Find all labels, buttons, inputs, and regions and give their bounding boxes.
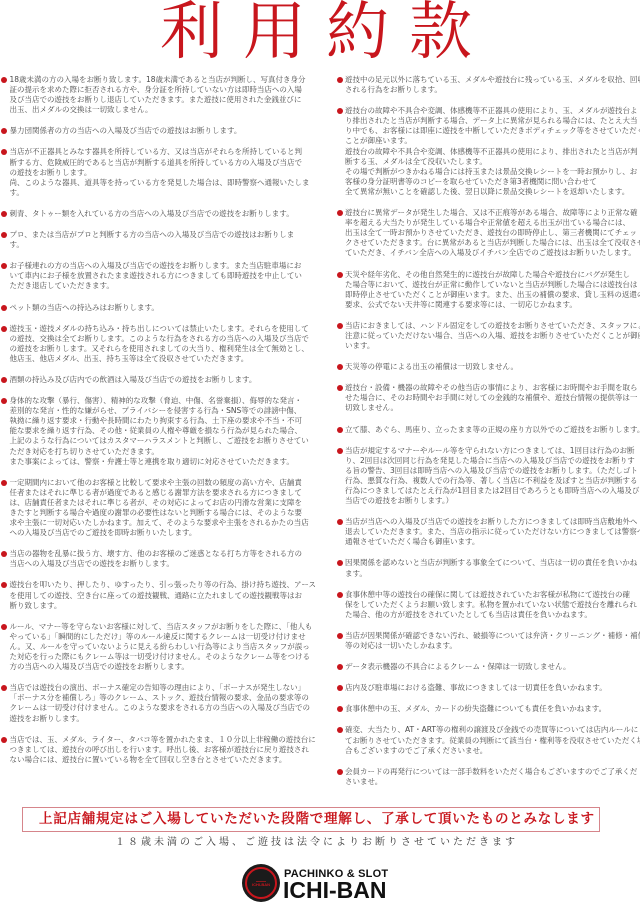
rule-text: 暴力団関係者の方の当店への入場及び当店での遊技はお断りします。 — [10, 126, 242, 135]
acceptance-notice-box: 上記店舗規定はご入場していただいた段階で理解し、了承して頂いたものとみなします — [22, 807, 600, 832]
rule-text: 天災や経年劣化、その他自然発生的に遊技台が故障した場合や遊技台にバグが発生し た… — [345, 270, 640, 309]
rule-text: ルール、マナー等を守らないお客様に対して、当店スタッフがお断りをした際に、「他人… — [10, 622, 313, 671]
bullet-icon — [337, 448, 343, 454]
bullet-icon — [337, 769, 343, 775]
rule-text: 遊技中の足元以外に落ちている玉、メダルや遊技台に残っている玉、メダルを収拾、回収… — [345, 75, 640, 94]
bullet-icon — [337, 427, 343, 433]
rule-item: 立て膝、あぐら、馬座り、立ったまま等の正規の座り方以外でのご遊技をお断りします。 — [336, 425, 640, 435]
rule-item: 身体的な攻撃（暴行、傷害）、精神的な攻撃（脅迫、中傷、名誉棄損）、侮辱的な発言・… — [0, 396, 318, 467]
rule-item: 刺青、タトゥー類を入れている方の当店への入場及び当店での遊技をお断りします。 — [0, 209, 318, 219]
bullet-icon — [1, 551, 7, 557]
rule-text: 遊技台に異常データが発生した場合、又は不正痕等がある場合、故障等により正常な確 … — [345, 208, 640, 257]
rule-item: 遊技台を叩いたり、押したり、ゆすったり、引っ張ったり等の行為、掛け持ち遊技、アー… — [0, 580, 318, 610]
rule-item: 店内及び駐車場における盗難、事故につきましては一切責任を負いかねます。 — [336, 683, 640, 693]
rule-item: 当店が規定するマナーやルール等を守られない方につきましては、1回目は行為のお断 … — [336, 446, 640, 507]
rule-item: ルール、マナー等を守らないお客様に対して、当店スタッフがお断りをした際に、「他人… — [0, 622, 318, 672]
rule-item: 遊技台に異常データが発生した場合、又は不正痕等がある場合、故障等により正常な確 … — [336, 208, 640, 258]
rule-text: プロ、または当店がプロと判断する方の当店への入場及び当店での遊技はお断りしま す… — [10, 230, 295, 249]
rule-text: 遊技台・設備・機器の故障やその他当店の事情により、お客様にお時間やお手間を取ら … — [345, 383, 638, 412]
rule-item: 酒類の持込み及び店内での飲酒は入場及び当店での遊技をお断りします。 — [0, 375, 318, 385]
bullet-icon — [1, 128, 7, 134]
bullet-icon — [1, 377, 7, 383]
bullet-icon — [337, 519, 343, 525]
rule-text: 食事休憩中等の遊技台の確保に関しては遊技されていたお客様が私物にて遊技台の確 保… — [345, 590, 637, 619]
logo-badge-text: ICHI-BAN — [247, 882, 275, 887]
rule-text: お子様連れの方の当店への入場及び当店での遊技をお断りします。また当店駐車場にお … — [10, 261, 302, 290]
rule-text: 因果関係を認めないと当店が判断する事象全てについて、当店は一切の責任を負いかね … — [345, 558, 637, 577]
rule-item: 遊技台・設備・機器の故障やその他当店の事情により、お客様にお時間やお手間を取ら … — [336, 383, 640, 413]
rule-item: 食事休憩中の玉、メダル、カードの紛失盗難についても責任を負いかねます。 — [336, 704, 640, 714]
bullet-icon — [337, 364, 343, 370]
bullet-icon — [1, 149, 7, 155]
bullet-icon — [1, 211, 7, 217]
rule-text: ペット類の当店への持込みはお断りします。 — [10, 303, 159, 312]
rule-item: 当店が当店への入場及び当店での遊技をお断りした方につきましては即時当店敷地外へ … — [336, 517, 640, 547]
rule-item: 当店の器物を乱暴に扱う方、壊す方、他のお客様のご迷惑となる打ち方等をされる方の … — [0, 549, 318, 569]
rule-text: 当店が当店への入場及び当店での遊技をお断りした方につきましては即時当店敷地外へ … — [345, 517, 640, 546]
bullet-icon — [1, 398, 7, 404]
rule-text: 遊技台の故障や不具合や変調、体感機等不正器具の使用により、玉、メダルが遊技台よ … — [345, 106, 640, 196]
bullet-icon — [1, 263, 7, 269]
bullet-icon — [1, 77, 7, 83]
rule-item: 遊技玉・遊技メダルの持ち込み・持ち出しについては禁止いたします。それらを使用して… — [0, 324, 318, 364]
rule-text: 食事休憩中の玉、メダル、カードの紛失盗難についても責任を負いかねます。 — [345, 704, 606, 713]
rule-item: 当店では遊技台の演出、ボーナス確定の告知等の理由により、「ボーナスが発生しない」… — [0, 683, 318, 723]
rule-text: 確変、大当たり、AT・ART等の権利の譲渡及び金銭での売買等については店内ルール… — [345, 725, 640, 754]
bullet-icon — [337, 727, 343, 733]
rule-item: 当店が因果関係が確認できない汚れ、破損等については弁済・クリーニング・補修・補償… — [336, 631, 640, 651]
rule-text: 身体的な攻撃（暴行、傷害）、精神的な攻撃（脅迫、中傷、名誉棄損）、侮辱的な発言・… — [10, 396, 309, 466]
bullet-icon — [337, 685, 343, 691]
rule-item: 食事休憩中等の遊技台の確保に関しては遊技されていたお客様が私物にて遊技台の確 保… — [336, 590, 640, 620]
rule-text: 当店では、玉、メダル、ライター、タバコ等を置かれたまま、１０分以上非稼働の遊技台… — [10, 735, 316, 764]
bullet-icon — [337, 592, 343, 598]
terms-page: 利用約款 18歳未満の方の入場をお断り致します。18歳未満であると当店が判断し、… — [0, 0, 640, 907]
rule-item: ペット類の当店への持込みはお断りします。 — [0, 303, 318, 313]
rule-item: 当店におきましては、ハンドル固定をしての遊技をお断りさせていただき、スタッフによ… — [336, 321, 640, 351]
rule-text: 18歳未満の方の入場をお断り致します。18歳未満であると当店が判断し、写真付き身… — [10, 75, 306, 114]
rule-text: 店内及び駐車場における盗難、事故につきましては一切責任を負いかねます。 — [345, 683, 607, 692]
rule-item: 確変、大当たり、AT・ART等の権利の譲渡及び金銭での売買等については店内ルール… — [336, 725, 640, 755]
rule-text: 立て膝、あぐら、馬座り、立ったまま等の正規の座り方以外でのご遊技をお断りします。 — [345, 425, 640, 434]
bullet-icon — [1, 232, 7, 238]
bullet-icon — [337, 272, 343, 278]
logo-badge-ring: ICHI-BAN — [245, 867, 277, 899]
rule-item: 暴力団関係者の方の当店への入場及び当店での遊技はお断りします。 — [0, 126, 318, 136]
rule-item: 遊技台の故障や不具合や変調、体感機等不正器具の使用により、玉、メダルが遊技台よ … — [336, 106, 640, 197]
page-title: 利用約款 — [160, 0, 492, 63]
rule-item: 当店では、玉、メダル、ライター、タバコ等を置かれたまま、１０分以上非稼働の遊技台… — [0, 735, 318, 765]
bullet-icon — [1, 685, 7, 691]
bullet-icon — [1, 480, 7, 486]
logo-badge-icon: ICHI-BAN — [242, 864, 280, 902]
rule-text: 天災等の停電による出玉の補償は一切致しません。 — [345, 362, 518, 371]
bullet-icon — [337, 210, 343, 216]
rule-item: 当店が不正器具とみなす器具を所持している方、又は当店がそれらを所持していると判 … — [0, 147, 318, 197]
bullet-icon — [337, 77, 343, 83]
bullet-icon — [1, 624, 7, 630]
rule-text: 当店が因果関係が確認できない汚れ、破損等については弁済・クリーニング・補修・補償… — [345, 631, 640, 650]
rule-item: 一定期間内において他のお客様と比較して要求や主張の回数の頻度の高い方や、店舗責 … — [0, 478, 318, 539]
rule-item: 天災や経年劣化、その他自然発生的に遊技台が故障した場合や遊技台にバグが発生し た… — [336, 270, 640, 310]
rule-item: 会員カードの再発行については一部手数料をいただく場合もございますのでご了承くだ … — [336, 767, 640, 787]
rule-item: お子様連れの方の当店への入場及び当店での遊技をお断りします。また当店駐車場にお … — [0, 261, 318, 291]
rule-text: 当店が規定するマナーやルール等を守られない方につきましては、1回目は行為のお断 … — [345, 446, 639, 505]
logo-name: ICHI-BAN — [283, 879, 387, 902]
rule-item: プロ、または当店がプロと判断する方の当店への入場及び当店での遊技はお断りしま す… — [0, 230, 318, 250]
rule-item: 18歳未満の方の入場をお断り致します。18歳未満であると当店が判断し、写真付き身… — [0, 75, 318, 115]
bullet-icon — [1, 326, 7, 332]
rule-text: 遊技玉・遊技メダルの持ち込み・持ち出しについては禁止いたします。それらを使用して… — [10, 324, 309, 363]
rule-text: 酒類の持込み及び店内での飲酒は入場及び当店での遊技をお断りします。 — [10, 375, 257, 384]
bullet-icon — [337, 706, 343, 712]
rule-item: 遊技中の足元以外に落ちている玉、メダルや遊技台に残っている玉、メダルを収拾、回収… — [336, 75, 640, 95]
age-restriction-notice: １８歳未満のご入場、ご遊技は法令によりお断りさせていただきます — [115, 837, 518, 849]
rule-text: 当店におきましては、ハンドル固定をしての遊技をお断りさせていただき、スタッフによ… — [345, 321, 640, 350]
rule-item: 天災等の停電による出玉の補償は一切致しません。 — [336, 362, 640, 372]
bullet-icon — [1, 582, 7, 588]
rules-list-right: 遊技中の足元以外に落ちている玉、メダルや遊技台に残っている玉、メダルを収拾、回収… — [336, 75, 640, 798]
bullet-icon — [1, 737, 7, 743]
bullet-icon — [337, 385, 343, 391]
rule-text: 当店では遊技台の演出、ボーナス確定の告知等の理由により、「ボーナスが発生しない」… — [10, 683, 310, 722]
bullet-icon — [337, 633, 343, 639]
bullet-icon — [337, 664, 343, 670]
bullet-icon — [337, 560, 343, 566]
acceptance-notice-text: 上記店舗規定はご入場していただいた段階で理解し、了承して頂いたものとみなします — [39, 808, 595, 831]
rule-text: 刺青、タトゥー類を入れている方の当店への入場及び当店での遊技をお断りします。 — [10, 209, 294, 218]
rule-text: 当店の器物を乱暴に扱う方、壊す方、他のお客様のご迷惑となる打ち方等をされる方の … — [10, 549, 303, 568]
rules-list-left: 18歳未満の方の入場をお断り致します。18歳未満であると当店が判断し、写真付き身… — [0, 75, 318, 776]
rule-item: 因果関係を認めないと当店が判断する事象全てについて、当店は一切の責任を負いかね … — [336, 558, 640, 578]
rule-text: データ表示機器の不具合によるクレーム・保障は一切致しません。 — [345, 662, 570, 671]
rule-text: 会員カードの再発行については一部手数料をいただく場合もございますのでご了承くだ … — [345, 767, 637, 786]
rule-text: 遊技台を叩いたり、押したり、ゆすったり、引っ張ったり等の行為、掛け持ち遊技、アー… — [10, 580, 316, 609]
bullet-icon — [1, 305, 7, 311]
rule-item: データ表示機器の不具合によるクレーム・保障は一切致しません。 — [336, 662, 640, 672]
rule-text: 当店が不正器具とみなす器具を所持している方、又は当店がそれらを所持していると判 … — [10, 147, 310, 196]
bullet-icon — [337, 323, 343, 329]
rule-text: 一定期間内において他のお客様と比較して要求や主張の回数の頻度の高い方や、店舗責 … — [10, 478, 309, 537]
bullet-icon — [337, 108, 343, 114]
